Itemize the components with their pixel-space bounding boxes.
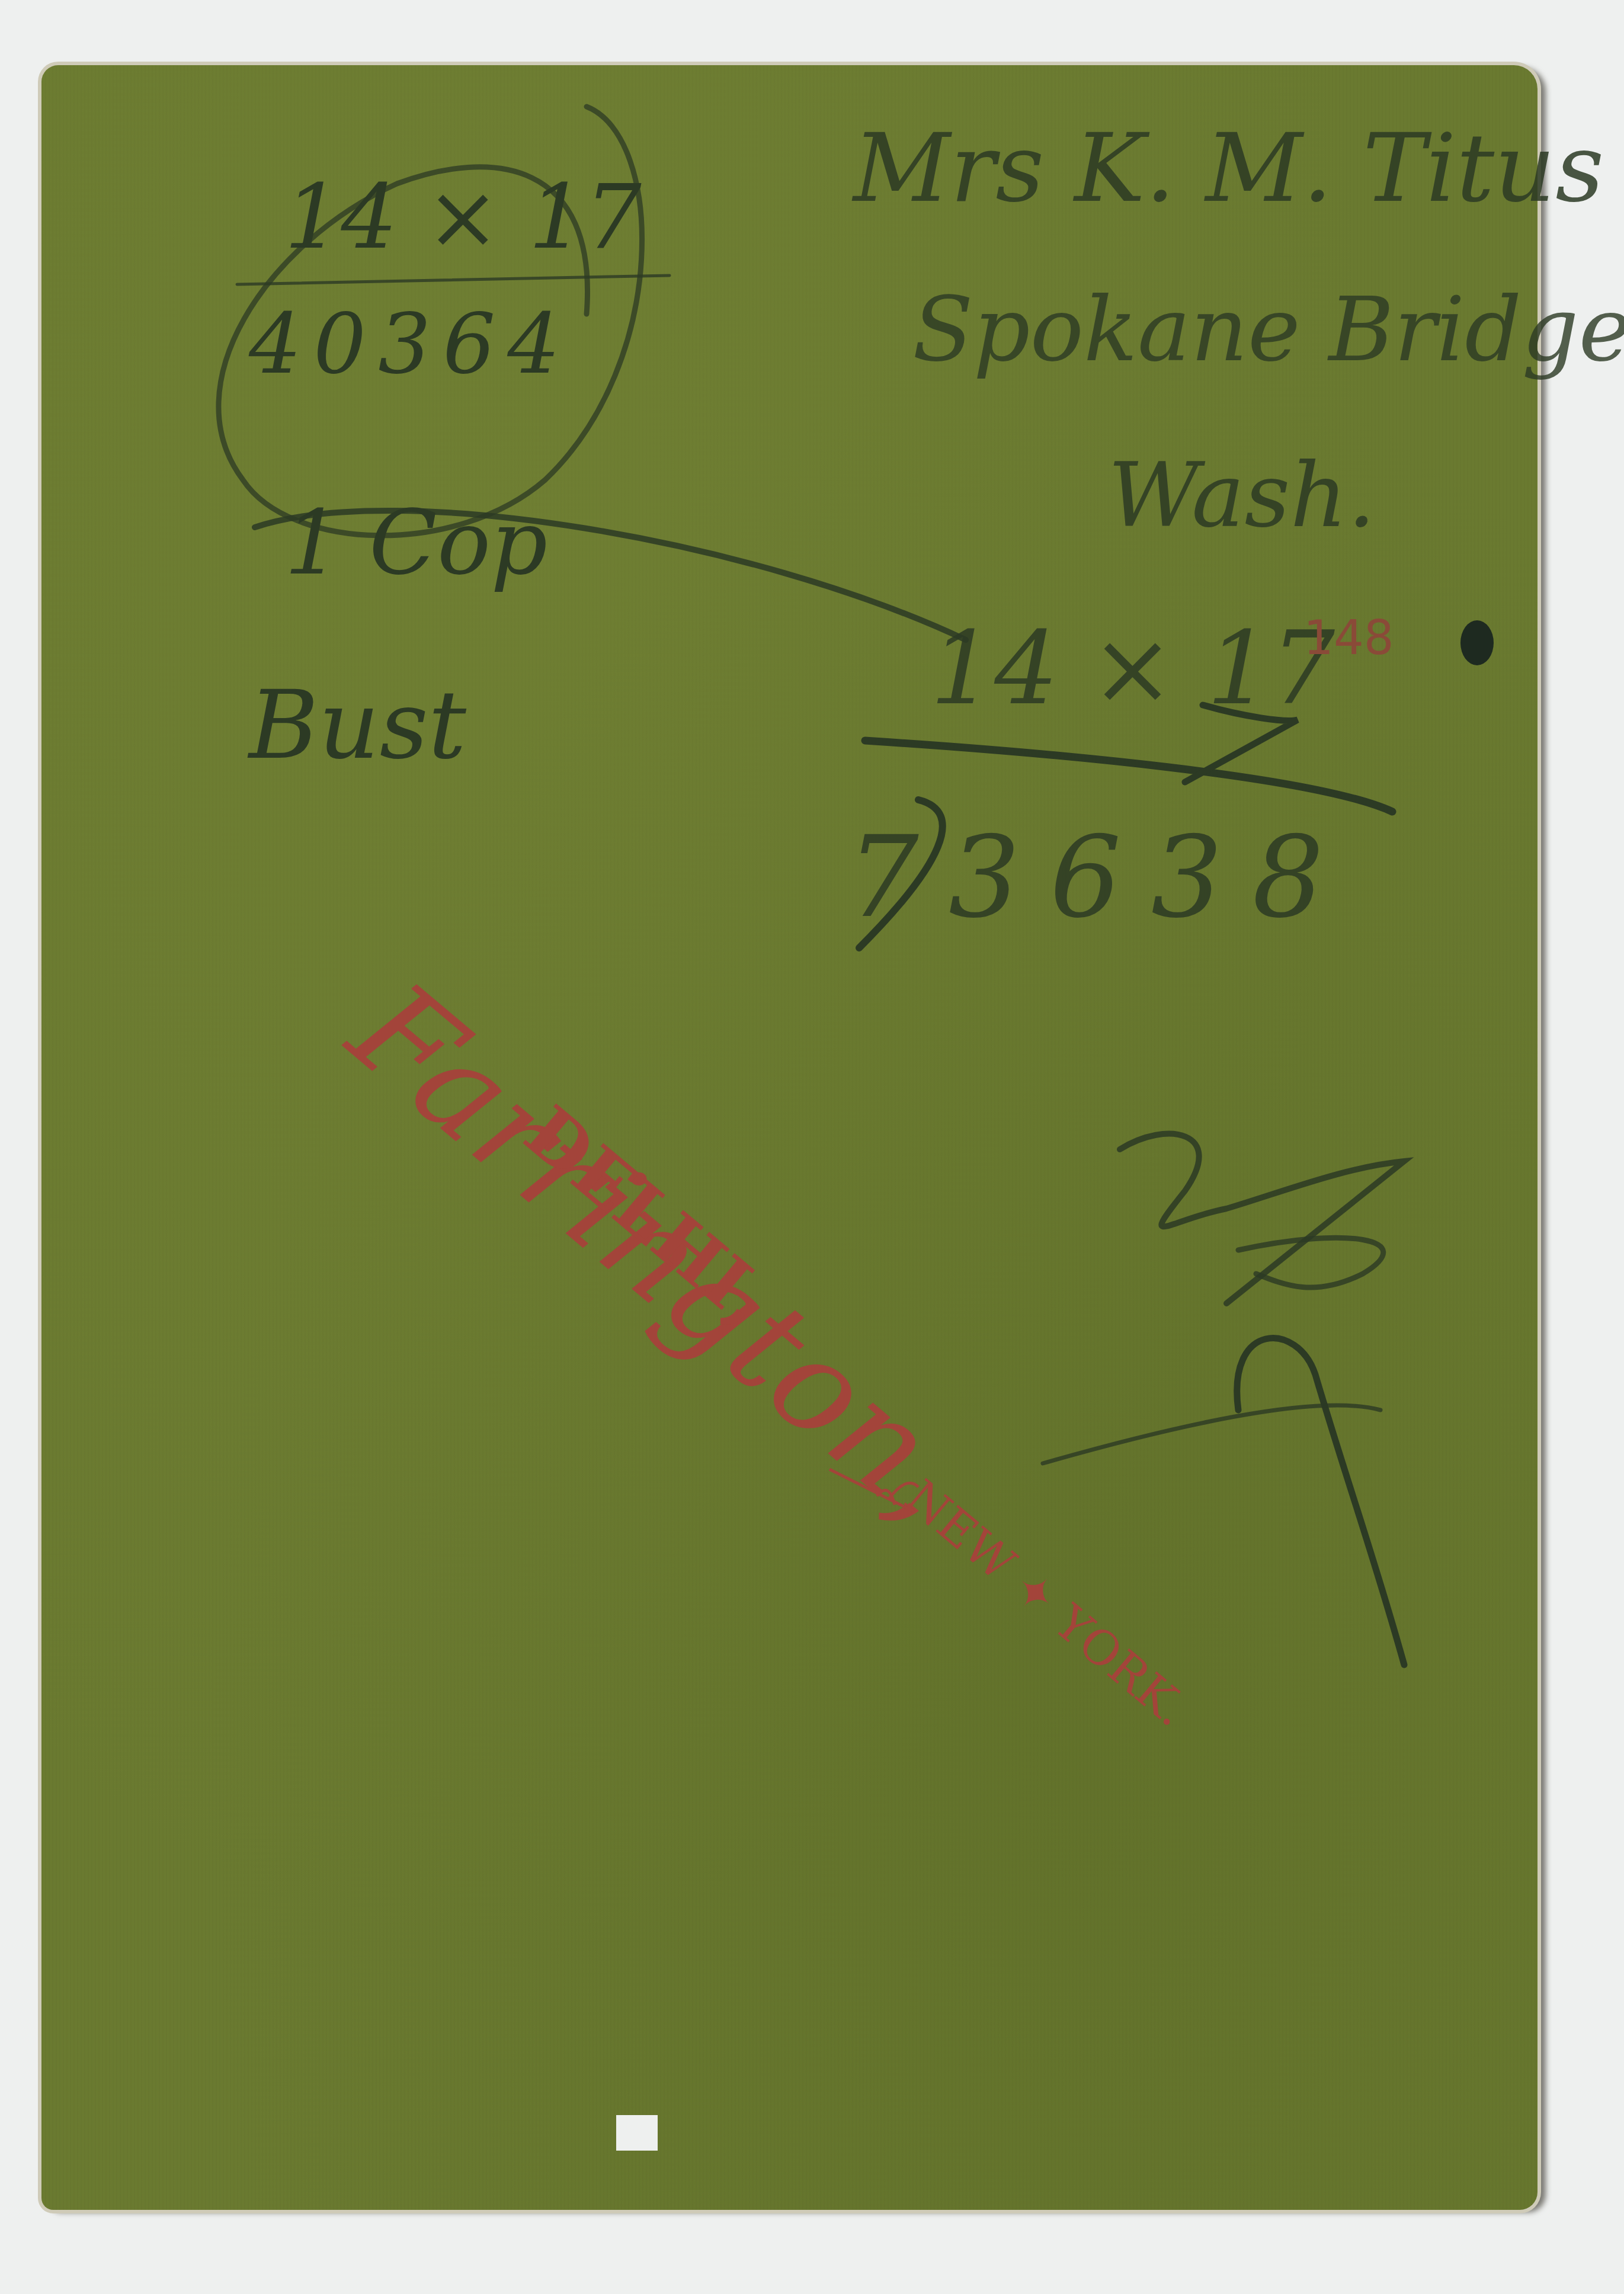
stamp-number: 148 xyxy=(1303,610,1394,665)
torn-edge xyxy=(616,2115,658,2151)
order-number-left: 40364 xyxy=(249,296,572,393)
pose-note: Bust xyxy=(249,669,466,780)
copies-note: 1 Cop xyxy=(284,492,547,595)
cabinet-card-back: 14 × 17 40364 1 Cop Bust Mrs K. M. Titus… xyxy=(41,65,1537,2210)
size-note-left: 14 × 17 xyxy=(284,166,642,269)
customer-name: Mrs K. M. Titus xyxy=(853,113,1604,223)
address-line-1: Spokane Bridge xyxy=(912,278,1624,382)
size-note-right: 14 × 17 xyxy=(930,610,1335,728)
ornament-flourish-icon xyxy=(824,1463,942,1534)
address-line-2: Wash. xyxy=(1108,444,1376,547)
order-number-right: 73638 xyxy=(847,812,1353,943)
